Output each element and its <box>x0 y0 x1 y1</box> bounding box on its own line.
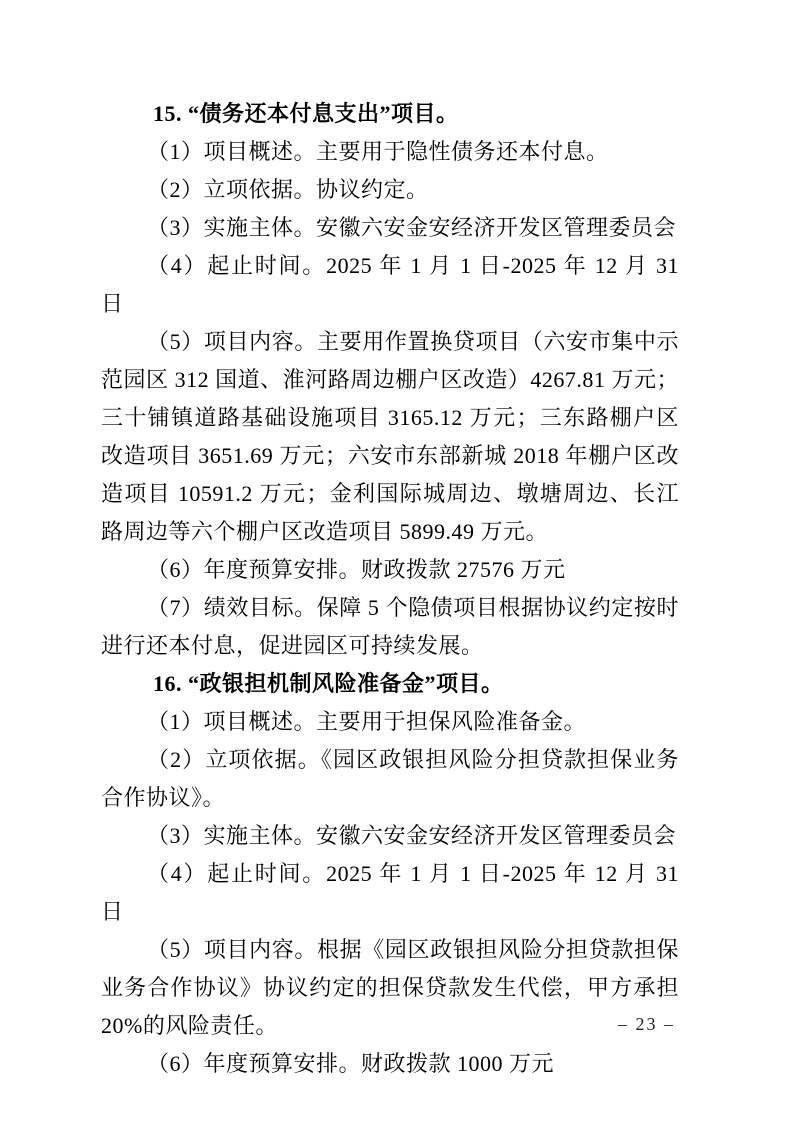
page-number: – 23 – <box>618 1012 675 1036</box>
section-16-heading: 16. “政银担机制风险准备金”项目。 <box>101 665 679 703</box>
paragraph: （3）实施主体。安徽六安金安经济开发区管理委员会 <box>101 209 679 247</box>
paragraph: （2）立项依据。协议约定。 <box>101 171 679 209</box>
document-page: 15. “债务还本付息支出”项目。 （1）项目概述。主要用于隐性债务还本付息。 … <box>0 0 793 1122</box>
document-body: 15. “债务还本付息支出”项目。 （1）项目概述。主要用于隐性债务还本付息。 … <box>101 95 679 1083</box>
paragraph: （1）项目概述。主要用于隐性债务还本付息。 <box>101 133 679 171</box>
paragraph: （1）项目概述。主要用于担保风险准备金。 <box>101 703 679 741</box>
paragraph: （4）起止时间。2025 年 1 月 1 日-2025 年 12 月 31 日 <box>101 855 679 931</box>
section-15-heading: 15. “债务还本付息支出”项目。 <box>101 95 679 133</box>
paragraph: （6）年度预算安排。财政拨款 1000 万元 <box>101 1045 679 1083</box>
paragraph: （5）项目内容。主要用作置换贷项目（六安市集中示范园区 312 国道、淮河路周边… <box>101 323 679 551</box>
paragraph: （7）绩效目标。保障 5 个隐债项目根据协议约定按时进行还本付息，促进园区可持续… <box>101 589 679 665</box>
paragraph: （4）起止时间。2025 年 1 月 1 日-2025 年 12 月 31 日 <box>101 247 679 323</box>
paragraph: （6）年度预算安排。财政拨款 27576 万元 <box>101 551 679 589</box>
paragraph: （2）立项依据。《园区政银担风险分担贷款担保业务合作协议》。 <box>101 741 679 817</box>
paragraph: （5）项目内容。根据《园区政银担风险分担贷款担保业务合作协议》协议约定的担保贷款… <box>101 931 679 1045</box>
paragraph: （3）实施主体。安徽六安金安经济开发区管理委员会 <box>101 817 679 855</box>
